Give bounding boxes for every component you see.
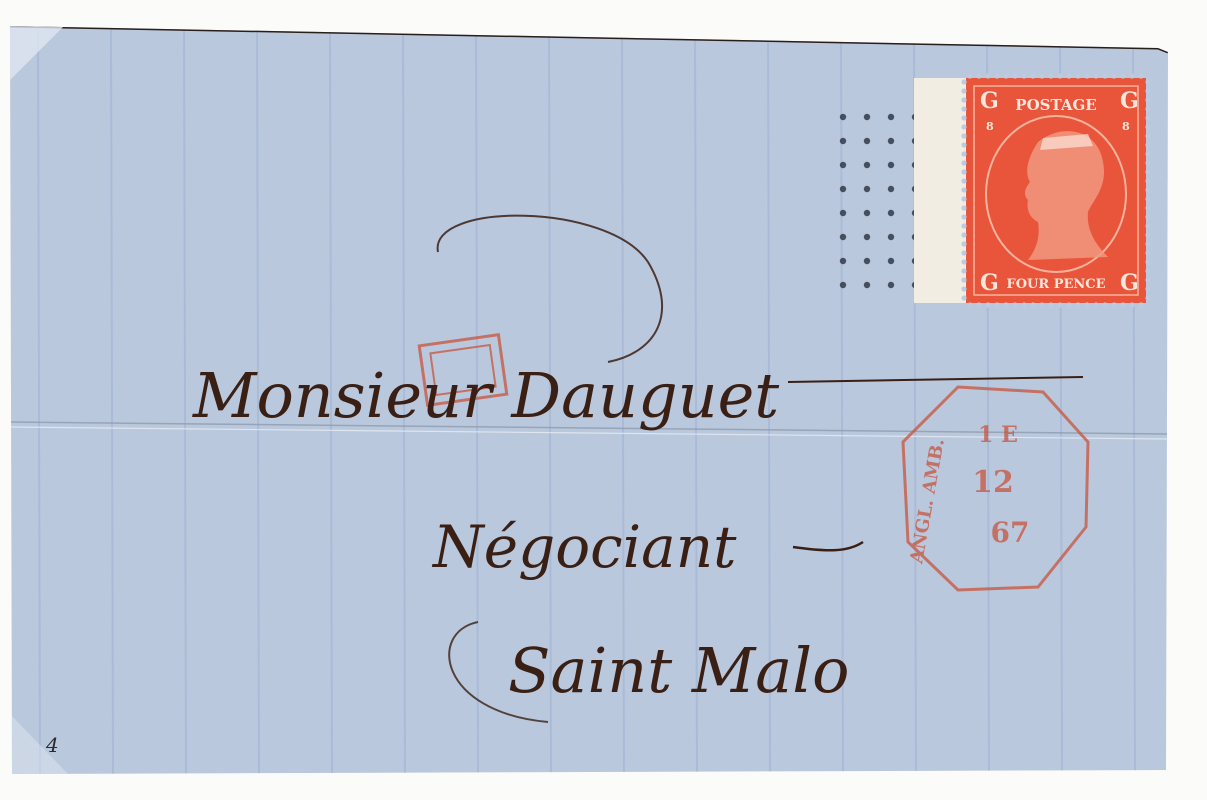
svg-text:1 E: 1 E [978,422,1018,448]
svg-text:12: 12 [972,465,1014,500]
svg-text:G: G [1120,270,1139,296]
svg-text:G: G [980,88,999,114]
svg-text:FOUR PENCE: FOUR PENCE [1006,277,1105,292]
svg-text:67: 67 [991,516,1030,549]
svg-text:G: G [1120,88,1139,114]
svg-text:G: G [980,270,999,296]
address-line-1: Monsieur Dauguet [192,359,779,432]
cover-sheet: 1 E 12 67 ANGL. AMB. G G G G POSTAGE FOU… [8,22,1168,782]
postage-stamp: G G G G POSTAGE FOUR PENCE 8 8 [914,73,1151,307]
address-line-2: Négociant [431,513,737,581]
svg-text:8: 8 [1122,120,1130,133]
svg-text:POSTAGE: POSTAGE [1015,96,1096,114]
svg-text:8: 8 [986,120,994,133]
address-line-3: Saint Malo [508,634,849,707]
pencil-note: 4 [45,733,59,757]
postal-cover-photo: 1 E 12 67 ANGL. AMB. G G G G POSTAGE FOU… [0,0,1207,800]
